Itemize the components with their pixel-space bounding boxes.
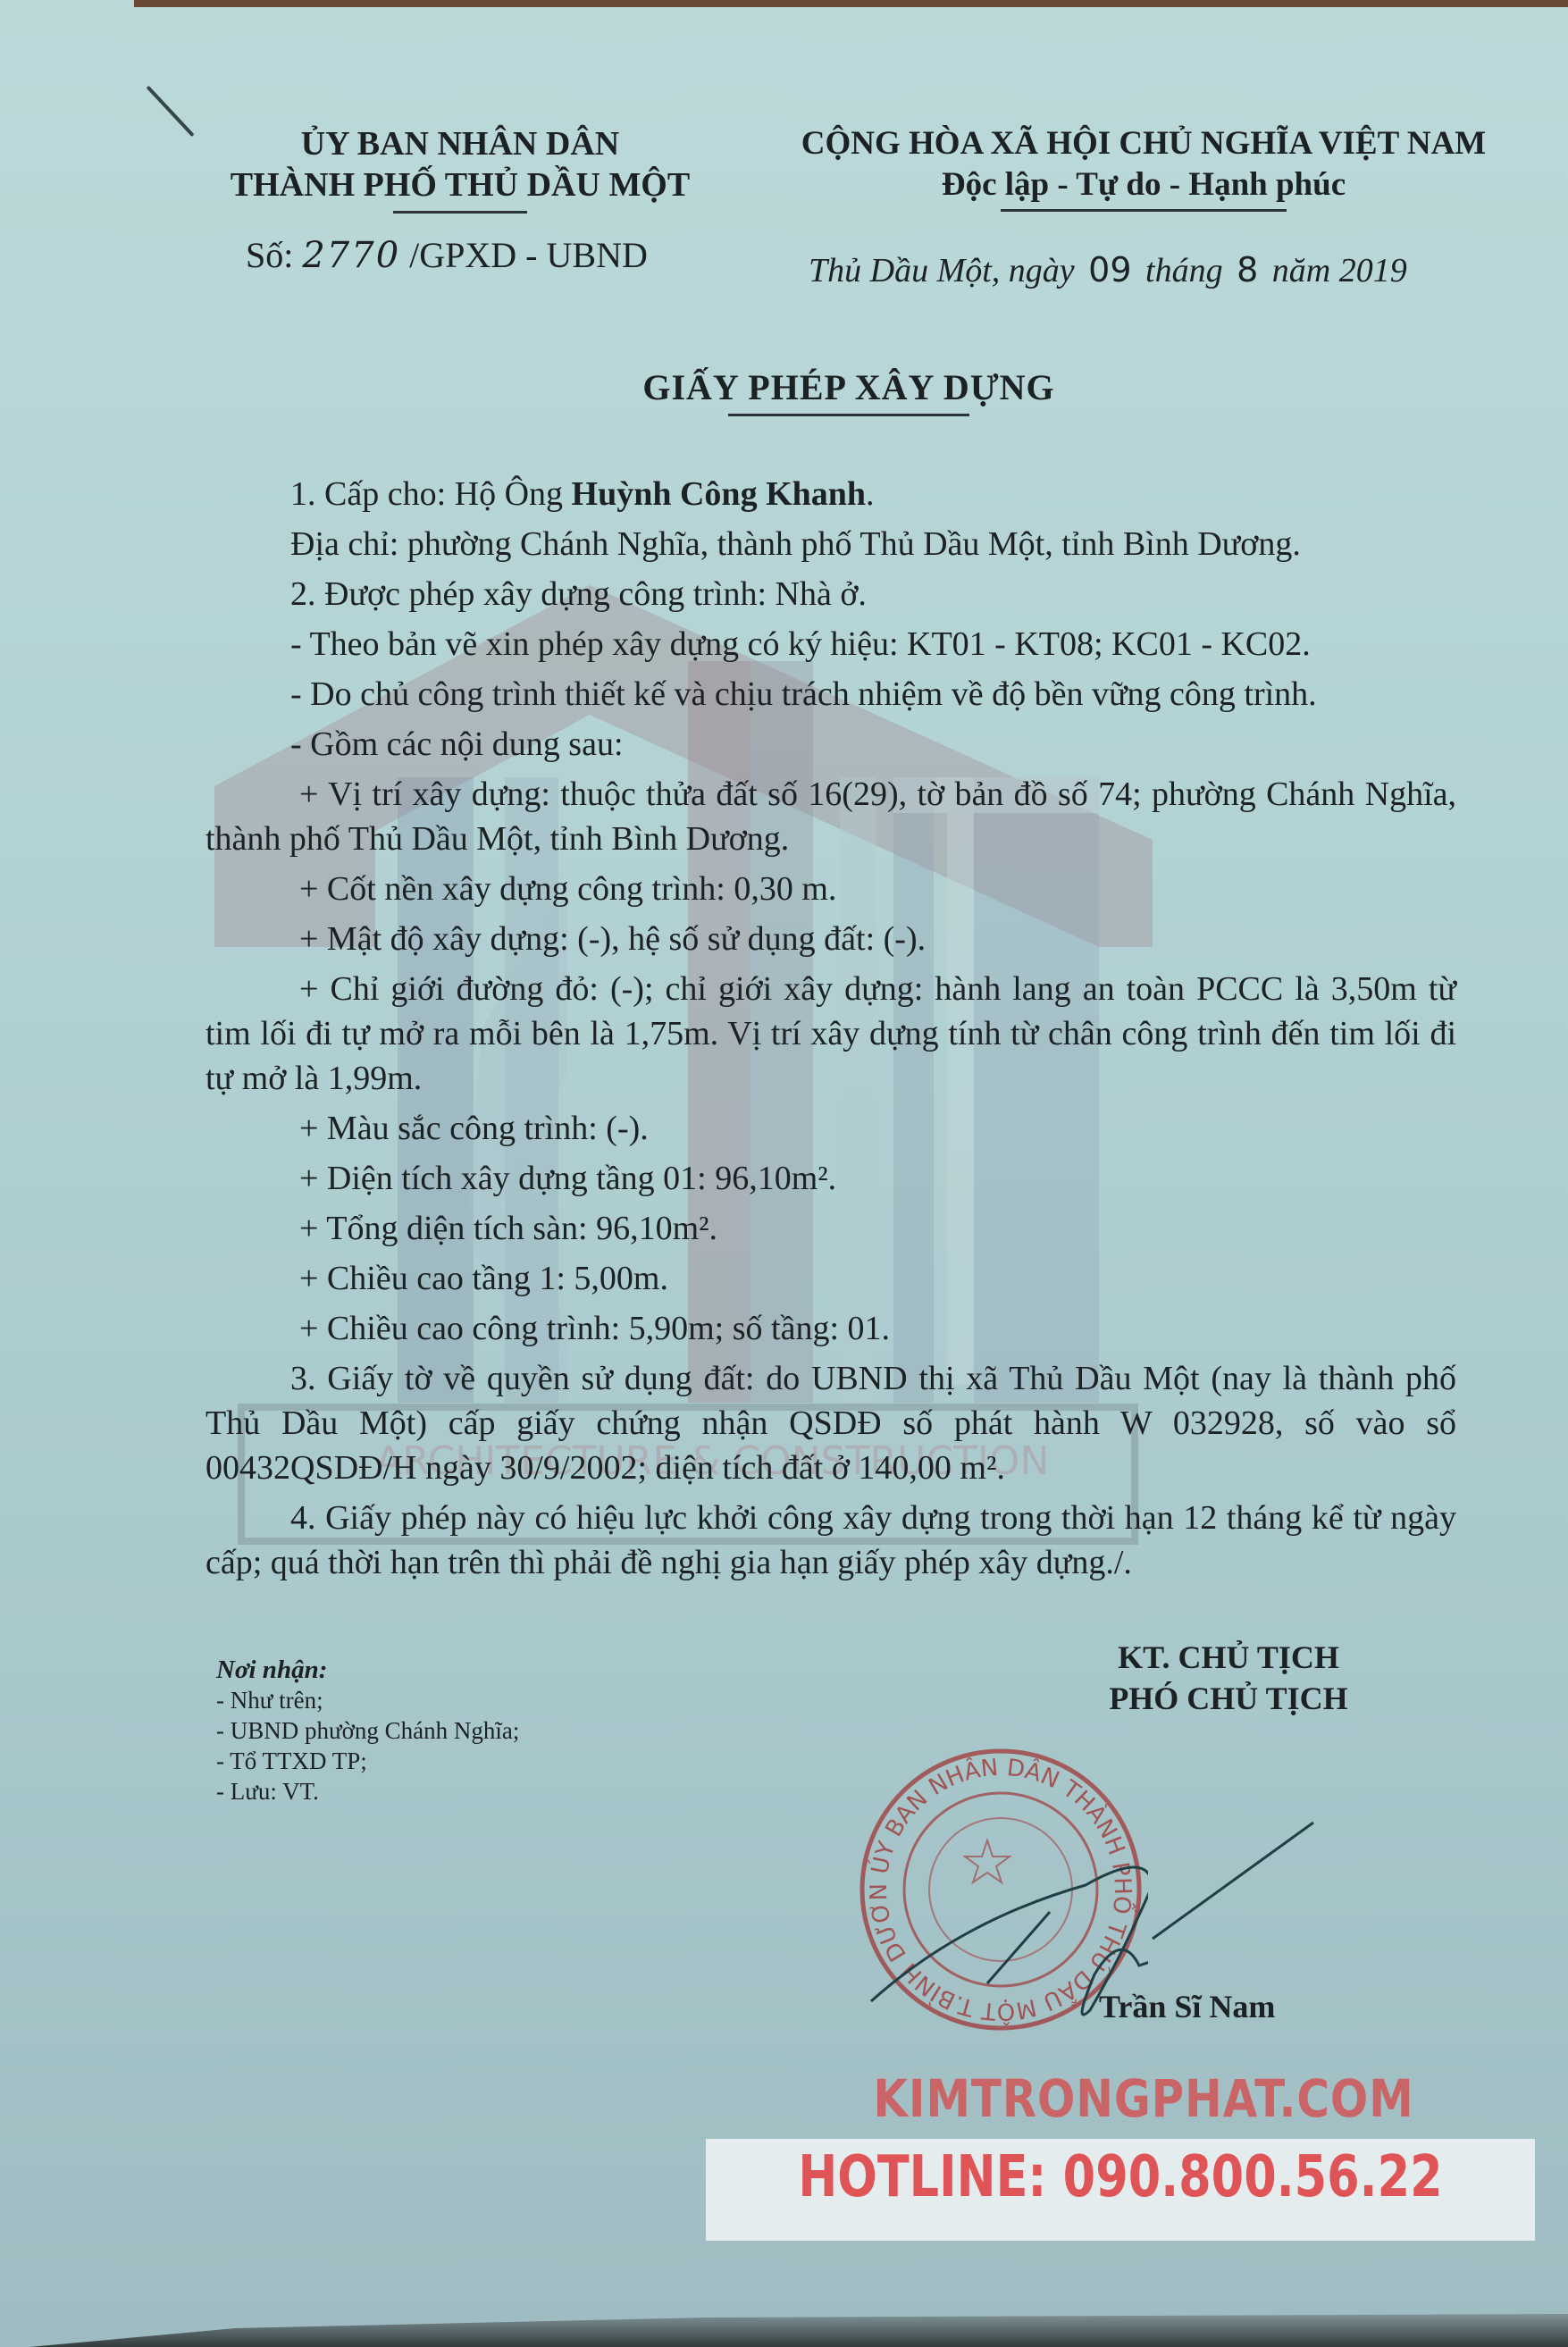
- number-label: Số:: [246, 235, 293, 275]
- owner-design-note: - Do chủ công trình thiết kế và chịu trá…: [205, 672, 1456, 717]
- title-text: GIẤY PHÉP XÂY DỰNG: [536, 366, 1161, 408]
- recipient-item: - Tổ TTXD TP;: [216, 1746, 519, 1776]
- detail-color: + Màu sắc công trình: (-).: [205, 1106, 1456, 1151]
- detail-total-floor-area: + Tổng diện tích sàn: 96,10m².: [205, 1206, 1456, 1251]
- issuer-underline: [393, 211, 527, 214]
- date-prefix: Thủ Dầu Một, ngày: [809, 252, 1075, 289]
- drawing-reference: - Theo bản vẽ xin phép xây dựng có ký hi…: [205, 622, 1456, 666]
- document-title: GIẤY PHÉP XÂY DỰNG: [536, 366, 1161, 416]
- pen-mark: [147, 86, 195, 138]
- detail-building-height: + Chiều cao công trình: 5,90m; số tầng: …: [205, 1306, 1456, 1351]
- document-number: Số: 2770 /GPXD - UBND: [246, 234, 648, 276]
- signature-line1: KT. CHỦ TỊCH: [1027, 1637, 1430, 1678]
- issuer-line1: ỦY BAN NHÂN DÂN: [205, 123, 715, 164]
- signature-stroke-icon: [1144, 1814, 1322, 1948]
- recipients-block: Nơi nhận: - Như trên; - UBND phường Chán…: [216, 1655, 519, 1806]
- contents-heading: - Gồm các nội dung sau:: [205, 722, 1456, 767]
- grantee-address: Địa chỉ: phường Chánh Nghĩa, thành phố T…: [205, 522, 1456, 566]
- date-year: năm 2019: [1272, 252, 1407, 289]
- item-grantee: 1. Cấp cho: Hộ Ông Huỳnh Công Khanh.: [205, 472, 1456, 516]
- detail-ground-floor-area: + Diện tích xây dựng tầng 01: 96,10m².: [205, 1156, 1456, 1201]
- item-validity: 4. Giấy phép này có hiệu lực khởi công x…: [205, 1496, 1456, 1585]
- item-land-documents: 3. Giấy tờ về quyền sử dụng đất: do UBND…: [205, 1356, 1456, 1490]
- number-handwritten: 2770: [302, 235, 400, 276]
- paper-top-edge: [134, 0, 1568, 7]
- website-watermark: KIMTRONGPHAT.COM: [836, 2068, 1451, 2129]
- signature-line2: PHÓ CHỦ TỊCH: [1027, 1678, 1430, 1719]
- date-month: 8: [1237, 250, 1258, 289]
- detail-floor-level: + Cốt nền xây dựng công trình: 0,30 m.: [205, 867, 1456, 911]
- recipient-item: - UBND phường Chánh Nghĩa;: [216, 1715, 519, 1746]
- date-day: 09: [1088, 250, 1131, 289]
- document-body: 1. Cấp cho: Hộ Ông Huỳnh Công Khanh. Địa…: [205, 472, 1456, 1590]
- title-underline: [728, 414, 969, 416]
- item-construction: 2. Được phép xây dựng công trình: Nhà ở.: [205, 572, 1456, 616]
- national-motto: Độc lập - Tự do - Hạnh phúc: [764, 164, 1523, 205]
- detail-floor-height: + Chiều cao tầng 1: 5,00m.: [205, 1256, 1456, 1301]
- date-month-label: tháng: [1145, 252, 1223, 289]
- hotline-text: HOTLINE: 090.800.56.22: [781, 2144, 1461, 2210]
- national-line1: CỘNG HÒA XÃ HỘI CHỦ NGHĨA VIỆT NAM: [764, 123, 1523, 164]
- recipient-item: - Lưu: VT.: [216, 1776, 519, 1806]
- motto-underline: [1001, 209, 1287, 212]
- issue-date: Thủ Dầu Một, ngày 09 tháng 8 năm 2019: [809, 250, 1407, 290]
- detail-density: + Mật độ xây dựng: (-), hệ số sử dụng đấ…: [205, 917, 1456, 961]
- detail-location: + Vị trí xây dựng: thuộc thửa đất số 16(…: [205, 772, 1456, 861]
- detail-boundary: + Chỉ giới đường đỏ: (-); chỉ giới xây d…: [205, 967, 1456, 1101]
- signature-title: KT. CHỦ TỊCH PHÓ CHỦ TỊCH: [1027, 1637, 1430, 1719]
- number-suffix: /GPXD - UBND: [409, 235, 648, 275]
- issuer-line2: THÀNH PHỐ THỦ DẦU MỘT: [205, 164, 715, 205]
- desk-edge: [0, 2314, 1568, 2347]
- grantee-name: Huỳnh Công Khanh: [572, 475, 867, 513]
- recipients-heading: Nơi nhận:: [216, 1655, 519, 1685]
- national-header: CỘNG HÒA XÃ HỘI CHỦ NGHĨA VIỆT NAM Độc l…: [764, 123, 1523, 212]
- recipient-item: - Như trên;: [216, 1685, 519, 1715]
- signer-name: Trần Sĩ Nam: [1099, 1988, 1275, 2025]
- issuer-header: ỦY BAN NHÂN DÂN THÀNH PHỐ THỦ DẦU MỘT: [205, 123, 715, 214]
